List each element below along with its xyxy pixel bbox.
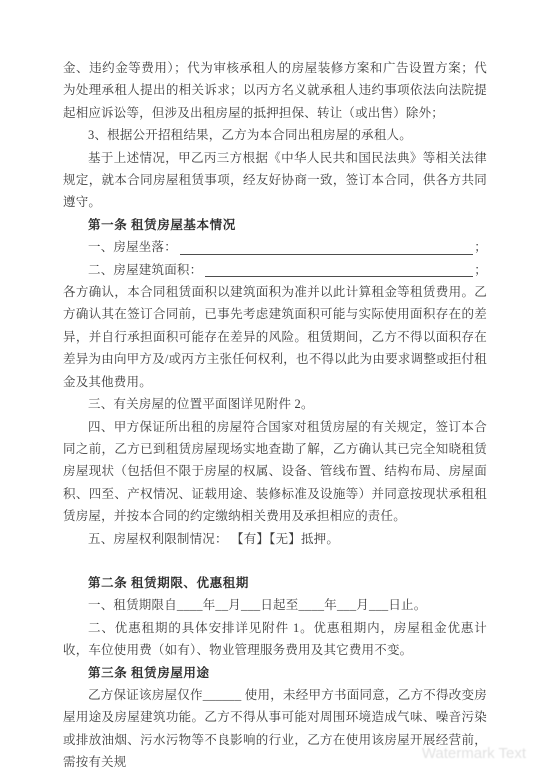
contract-paragraph: 四、甲方保证所出租的房屋符合国家对租赁房屋的有关规定，签订本合同之前，乙方已到租… bbox=[63, 416, 487, 528]
contract-paragraph: 三、有关房屋的位置平面图详见附件 2。 bbox=[63, 393, 487, 415]
contract-paragraph: 金、违约金等费用）；代为审核承租人的房屋装修方案和广告设置方案；代为处理承租人提… bbox=[63, 57, 487, 124]
watermark-text: Watermark Text bbox=[422, 745, 526, 762]
section-heading: 第三条 租赁房屋用途 bbox=[63, 662, 487, 684]
blank-underline bbox=[180, 253, 473, 255]
contract-paragraph: 基于上述情况，甲乙丙三方根据《中华人民共和国民法典》等相关法律规定，就本合同房屋… bbox=[63, 147, 487, 214]
contract-paragraph: 3、根据公开招租结果，乙方为本合同出租房屋的承租人。 bbox=[63, 124, 487, 146]
form-field-line: 二、房屋建筑面积：； bbox=[63, 259, 487, 281]
blank-underline bbox=[205, 275, 473, 277]
field-tail: ； bbox=[474, 259, 487, 281]
field-label: 二、房屋建筑面积： bbox=[88, 259, 202, 281]
contract-paragraph: 一、租赁期限自____年__月___日起至____年___月___日止。 bbox=[63, 594, 487, 616]
field-label: 一、房屋坐落： bbox=[88, 236, 177, 258]
contract-body: 金、违约金等费用）；代为审核承租人的房屋装修方案和广告设置方案；代为处理承租人提… bbox=[63, 57, 487, 770]
section-heading: 第一条 租赁房屋基本情况 bbox=[63, 214, 487, 236]
document-page: 金、违约金等费用）；代为审核承租人的房屋装修方案和广告设置方案；代为处理承租人提… bbox=[0, 0, 544, 770]
section-heading: 第二条 租赁期限、优惠租期 bbox=[63, 572, 487, 594]
field-tail: ； bbox=[474, 236, 487, 258]
form-field-line: 一、房屋坐落：； bbox=[63, 236, 487, 258]
contract-paragraph: 二、优惠租期的具体安排详见附件 1。优惠租期内，房屋租金优惠计收，车位使用费（如… bbox=[63, 617, 487, 662]
contract-paragraph: 各方确认，本合同租赁面积以建筑面积为准并以此计算租金等租赁费用。乙方确认其在签订… bbox=[63, 281, 487, 393]
contract-paragraph: 五、房屋权利限制情况： 【有】【无】抵押。 bbox=[63, 528, 487, 550]
